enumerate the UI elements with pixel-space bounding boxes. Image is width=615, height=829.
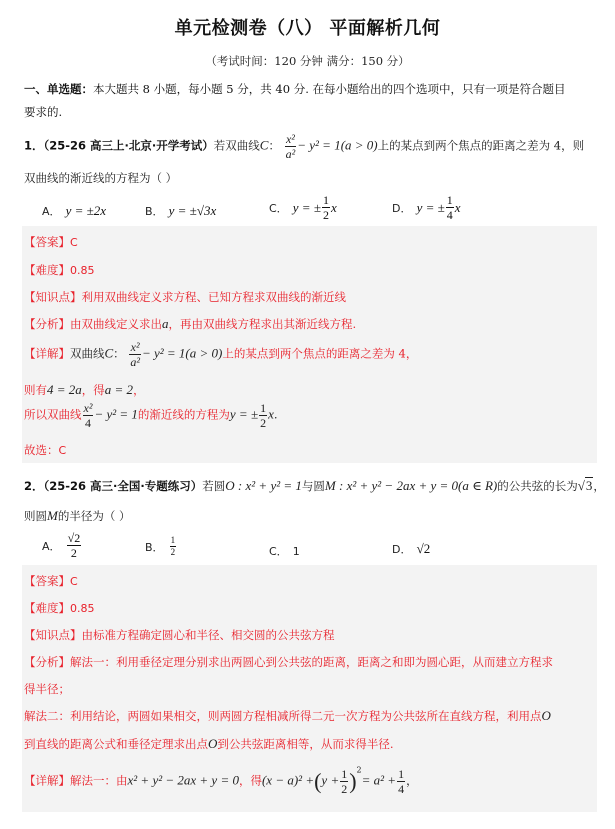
- math-text: 2: [67, 546, 82, 559]
- math-text: 所以双曲线: [24, 408, 82, 422]
- math-text: 0.85: [70, 264, 95, 277]
- math-text: 【知识点】: [24, 290, 82, 304]
- math-text: 解法一：由: [70, 774, 128, 788]
- math-text: 2: [322, 208, 330, 221]
- question-1-option-a[interactable]: A． y = ±2x: [42, 200, 106, 219]
- math-text: 1: [322, 194, 330, 208]
- math-text: y = ±√3x: [169, 203, 217, 218]
- math-text: − y² = 1(a > 0): [297, 138, 377, 153]
- math-text: 14: [397, 768, 405, 795]
- hyperbola-fraction: x²a²: [285, 133, 297, 160]
- q2-answer: 【答案】C: [24, 573, 78, 589]
- question-2-option-d[interactable]: D． √2: [392, 538, 430, 557]
- math-text: D．: [392, 202, 411, 215]
- math-text: D．: [392, 543, 411, 556]
- math-text: √3: [578, 478, 594, 494]
- math-text: 12: [259, 402, 267, 429]
- math-text: 由标准方程确定圆心和半径、相交圆的公共弦方程: [82, 628, 335, 642]
- math-text: x²a²: [129, 341, 141, 368]
- math-text: ：: [113, 347, 125, 361]
- question-2-option-c[interactable]: C． 1: [269, 540, 300, 559]
- question-2-option-a[interactable]: A． √22: [42, 532, 82, 559]
- math-text: = a² +: [362, 773, 396, 788]
- q2-analysis-line1: 【分析】解法一：利用垂径定理分别求出两圆心到公共弦的距离，距离之和即为圆心距，从…: [24, 654, 553, 670]
- q2-detail-line1: 【详解】解法一：由x² + y² − 2ax + y = 0，得(x − a)²…: [24, 768, 418, 795]
- math-text: C: [70, 575, 78, 588]
- math-text: 4: [446, 208, 454, 221]
- math-text: ，再由双曲线方程求出其渐近线方程.: [169, 317, 357, 331]
- math-text: x²: [129, 341, 141, 355]
- q1-detail-line2: 则有4 = 2a，得a = 2，: [24, 382, 145, 398]
- math-text: 4: [397, 782, 405, 795]
- math-text: 则有: [24, 383, 47, 397]
- document-page: 单元检测卷（八） 平面解析几何 （考试时间：120 分钟 满分：150 分） 一…: [0, 0, 615, 829]
- math-text: x²: [285, 133, 297, 147]
- question-1-stem: 1．（25-26 高三上·北京·开学考试）若双曲线C： x²a²− y² = 1…: [24, 133, 584, 160]
- math-text: x² + y² − 2ax + y = 0: [128, 773, 239, 788]
- math-text: 1: [293, 545, 300, 558]
- math-text: 【答案】: [24, 235, 70, 249]
- question-source: （25-26 高三上·北京·开学考试）: [44, 139, 214, 153]
- math-text: 4 = 2a: [47, 382, 82, 397]
- math-text: a²: [285, 147, 297, 160]
- exam-info: （考试时间：120 分钟 满分：150 分）: [0, 53, 615, 69]
- math-text: C: [70, 236, 78, 249]
- math-text: 2: [259, 416, 267, 429]
- math-text: ): [349, 769, 356, 794]
- q1-answer: 【答案】C: [24, 234, 78, 250]
- q2-analysis-line2: 得半径；: [24, 681, 70, 697]
- page-title: 单元检测卷（八） 平面解析几何: [0, 14, 615, 40]
- math-text: 故选：: [24, 443, 59, 457]
- math-text: y = ±: [230, 407, 258, 422]
- math-text: 【难度】: [24, 601, 70, 615]
- math-text: ，: [133, 383, 145, 397]
- q2-difficulty: 【难度】0.85: [24, 600, 95, 616]
- q1-detail-line3: 所以双曲线x²4− y² = 1的渐近线的方程为y = ±12x.: [24, 402, 278, 429]
- q1-detail-line1: 【详解】双曲线C： x²a²− y² = 1(a > 0)上的某点到两个焦点的距…: [24, 341, 417, 368]
- q1-knowledge-point: 【知识点】利用双曲线定义求方程、已知方程求双曲线的渐近线: [24, 289, 346, 305]
- q2-analysis-line4: 到直线的距离公式和垂径定理求出点O到公共弦距离相等，从而求得半径.: [24, 736, 394, 752]
- math-text: y = ±: [293, 200, 321, 215]
- math-text: O: [208, 736, 217, 751]
- math-text: C．: [269, 545, 288, 558]
- math-text: O : x² + y² = 1: [225, 478, 302, 493]
- question-number: 1．: [24, 139, 44, 153]
- math-text: 若圆: [202, 479, 225, 493]
- math-text: （25-26 高三·全国·专题练习）: [44, 479, 203, 493]
- question-1-option-c[interactable]: C． y = ±12x: [269, 194, 337, 221]
- math-text: 【答案】: [24, 574, 70, 588]
- math-text: .: [274, 408, 278, 422]
- math-text: 【难度】: [24, 263, 70, 277]
- math-text: 12: [170, 536, 177, 557]
- math-text: 4: [83, 416, 94, 429]
- section-desc: 本大题共 8 小题，每小题 5 分，共 40 分. 在每小题给出的四个选项中，只…: [93, 82, 566, 96]
- question-2-option-b[interactable]: B． 12: [145, 536, 177, 557]
- math-text: 与圆: [302, 479, 325, 493]
- math-text: 【详解】: [24, 347, 70, 361]
- math-text: C．: [269, 202, 288, 215]
- math-text: 【知识点】: [24, 628, 82, 642]
- question-2-stem: 2．（25-26 高三·全国·专题练习）若圆O : x² + y² = 1与圆M…: [24, 478, 605, 494]
- math-text: √22: [67, 532, 82, 559]
- math-text: 12: [322, 194, 330, 221]
- math-text: 1: [397, 768, 405, 782]
- math-text: y = ±: [417, 200, 445, 215]
- math-text: (x − a)² +: [262, 773, 314, 788]
- math-text: 【分析】: [24, 655, 70, 669]
- math-text: − y² = 1(a > 0): [142, 346, 222, 361]
- math-text: C: [59, 444, 67, 457]
- math-text: 【详解】: [24, 774, 70, 788]
- math-text: a = 2: [105, 382, 133, 397]
- section-desc-line2: 要求的.: [24, 106, 62, 119]
- math-text: 的公共弦的长为: [497, 479, 578, 493]
- math-text: √2: [67, 532, 82, 546]
- math-text: C: [105, 346, 114, 361]
- math-text: 利用双曲线定义求方程、已知方程求双曲线的渐近线: [82, 290, 347, 304]
- math-text: ，: [406, 774, 418, 788]
- math-text: A．: [42, 205, 61, 218]
- math-text: 【分析】: [24, 317, 70, 331]
- math-text: ，得: [239, 774, 262, 788]
- math-text: 2．: [24, 479, 44, 493]
- math-text: 12: [340, 768, 348, 795]
- math-text: M: [47, 508, 58, 523]
- math-text: 则圆: [24, 509, 47, 523]
- math-text: 双曲线: [70, 347, 105, 361]
- math-text: M : x² + y² − 2ax + y = 0(a ∈ R): [325, 478, 497, 493]
- math-text: y +: [321, 773, 339, 788]
- section-instructions: 一、单选题：本大题共 8 小题，每小题 5 分，共 40 分. 在每小题给出的四…: [24, 83, 566, 96]
- math-text: 解法一：利用垂径定理分别求出两圆心到公共弦的距离，距离之和即为圆心距，从而建立方…: [70, 655, 553, 669]
- math-text: B．: [145, 541, 164, 554]
- math-text: x²: [83, 402, 94, 416]
- math-text: 到公共弦距离相等，从而求得半径.: [217, 737, 393, 751]
- math-text: 1: [259, 402, 267, 416]
- q1-difficulty: 【难度】0.85: [24, 262, 95, 278]
- math-text: 上的某点到两个焦点的距离之差为 4，则: [378, 139, 584, 153]
- q2-analysis-line3: 解法二：利用结论，两圆如果相交，则两圆方程相减所得二元一次方程为公共弦所在直线方…: [24, 708, 551, 724]
- math-text: 2: [340, 782, 348, 795]
- math-text: 到直线的距离公式和垂径定理求出点: [24, 737, 208, 751]
- math-text: 的渐近线的方程为: [138, 408, 230, 422]
- math-text: x: [455, 200, 461, 215]
- math-text: A．: [42, 540, 61, 553]
- math-text: 1: [170, 536, 177, 547]
- math-text: 1: [340, 768, 348, 782]
- math-text: 0.85: [70, 602, 95, 615]
- q1-analysis: 【分析】由双曲线定义求出a，再由双曲线方程求出其渐近线方程.: [24, 316, 356, 332]
- math-text: y = ±2x: [66, 203, 106, 218]
- math-text: B．: [145, 205, 164, 218]
- math-text: 14: [446, 194, 454, 221]
- math-text: ，得: [82, 383, 105, 397]
- q2-knowledge-point: 【知识点】由标准方程确定圆心和半径、相交圆的公共弦方程: [24, 627, 335, 643]
- math-text: 2: [170, 547, 177, 557]
- question-2-stem-line2: 则圆M的半径为（ ）: [24, 508, 131, 524]
- q1-conclusion: 故选：C: [24, 442, 66, 458]
- question-1-option-b[interactable]: B． y = ±√3x: [145, 200, 216, 219]
- math-text: ，: [593, 479, 605, 493]
- section-heading: 一、单选题：: [24, 82, 93, 96]
- question-1-option-d[interactable]: D． y = ±14x: [392, 194, 461, 221]
- math-text: O: [542, 708, 551, 723]
- math-text: − y² = 1: [94, 407, 137, 422]
- math-text: x: [331, 200, 337, 215]
- math-text: 由双曲线定义求出: [70, 317, 162, 331]
- math-text: 若双曲线: [214, 139, 260, 153]
- math-text: ：: [268, 139, 280, 153]
- question-1-stem-line2: 双曲线的渐近线的方程为（ ）: [24, 170, 177, 186]
- math-text: 上的某点到两个焦点的距离之差为 4，: [222, 347, 417, 361]
- math-text: √2: [417, 541, 431, 556]
- math-text: 1: [446, 194, 454, 208]
- math-text: 的半径为（ ）: [58, 509, 131, 523]
- math-text: 解法二：利用结论，两圆如果相交，则两圆方程相减所得二元一次方程为公共弦所在直线方…: [24, 709, 542, 723]
- math-text: a²: [129, 355, 141, 368]
- math-text: x²4: [83, 402, 94, 429]
